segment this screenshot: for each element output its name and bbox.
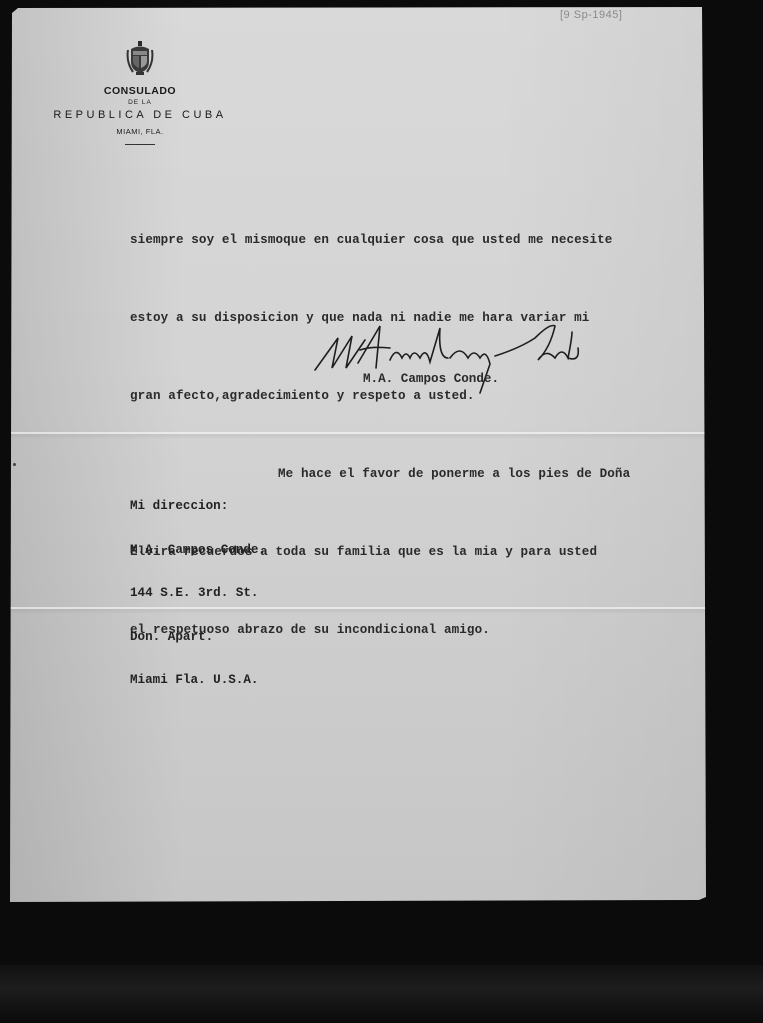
archive-date-note: [9 Sp-1945] (560, 9, 622, 21)
address-line: Miami Fla. U.S.A. (130, 673, 266, 688)
cuban-coat-of-arms-icon (125, 40, 155, 76)
table-surface (0, 965, 763, 1023)
letterhead-consulado: CONSULADO (40, 85, 240, 97)
address-label: Mi direccion: (130, 499, 266, 514)
letterhead-de-la: DE LA (40, 99, 240, 106)
address-line: Don. Apart. (130, 630, 266, 645)
address-line: M.A. Campos Conde. (130, 543, 266, 558)
signed-name: M.A. Campos Conde. (363, 372, 499, 386)
letter-line: siempre soy el mismoque en cualquier cos… (130, 227, 690, 253)
sender-address: Mi direccion: M.A. Campos Conde. 144 S.E… (130, 470, 266, 702)
letterhead: CONSULADO DE LA REPUBLICA DE CUBA MIAMI,… (40, 40, 240, 145)
paper-speck (13, 463, 16, 466)
address-line: 144 S.E. 3rd. St. (130, 586, 266, 601)
letterhead-republica: REPUBLICA DE CUBA (40, 109, 240, 121)
handwritten-signature-icon (310, 318, 590, 398)
letterhead-city: MIAMI, FLA. (40, 127, 240, 136)
letterhead-rule (125, 144, 155, 145)
